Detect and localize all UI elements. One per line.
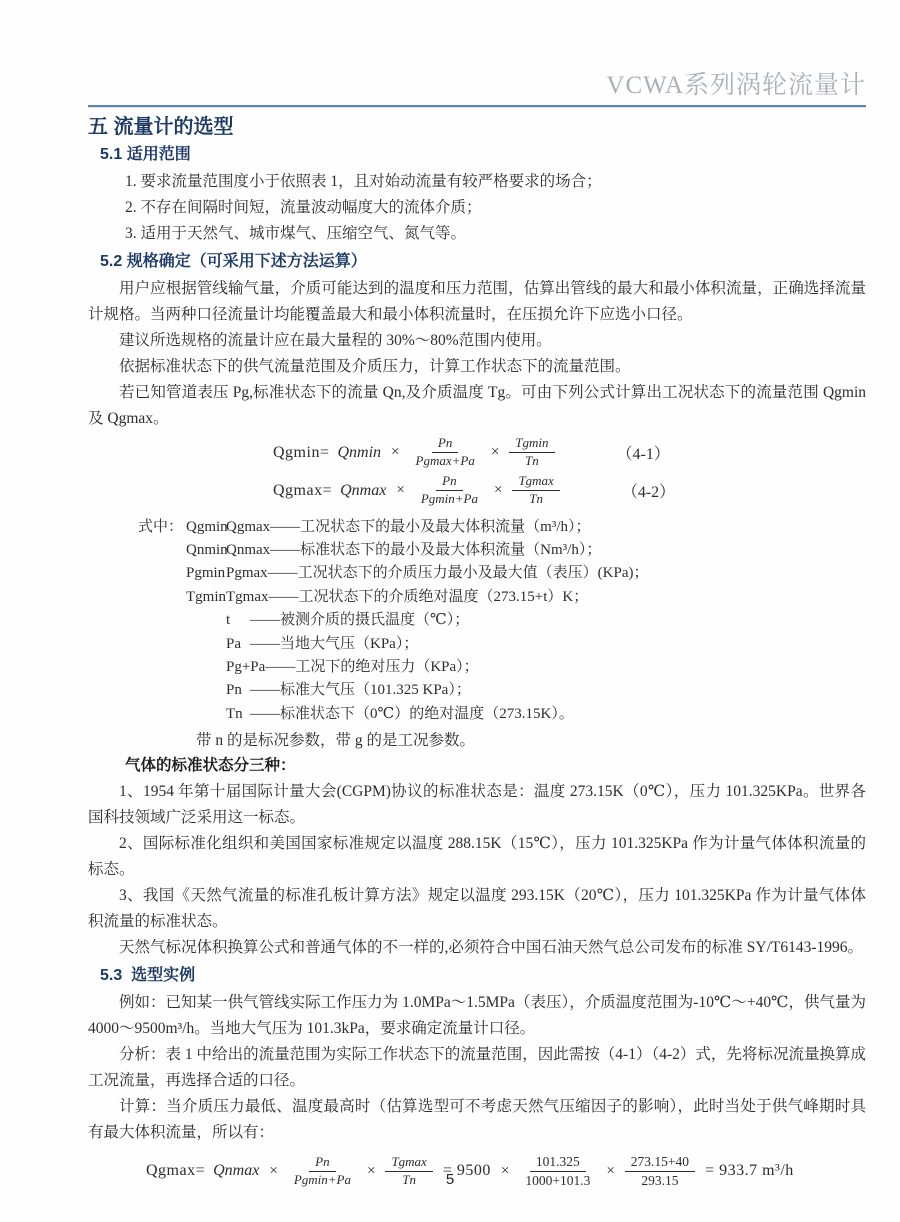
standard-state-item-1: 1、1954 年第十届国际计量大会(CGPM)协议的标准状态是：温度 273.1… — [88, 779, 866, 831]
definition-row: Qnmin Qnmax ——标准状态下的最小及最大体积流量（Nm³/h）； — [138, 539, 866, 562]
section-title-5-3: 5.3 选型实例 — [100, 965, 866, 986]
definition-row: t ——被测介质的摄氏温度（℃）； — [138, 609, 866, 632]
document-page: VCWA系列涡轮流量计 五 流量计的选型 5.1 适用范围 1. 要求流量范围度… — [0, 0, 900, 1222]
applicable-scope-item-2: 2. 不存在间隔时间短，流量波动幅度大的流体介质； — [125, 195, 866, 221]
definition-row: 式中： Qgmin Qgmax ——工况状态下的最小及最大体积流量（m³/h）； — [138, 516, 866, 539]
equation-number: （4-1） — [617, 441, 670, 464]
applicable-scope-item-1: 1. 要求流量范围度小于依照表 1，且对始动流量有较严格要求的场合； — [125, 169, 866, 195]
page-number: 5 — [0, 1171, 900, 1188]
equation-number: （4-2） — [622, 479, 675, 502]
standard-state-item-2: 2、国际标准化组织和美国国家标准规定以温度 288.15K（15℃），压力 10… — [88, 831, 866, 883]
equation-4-2: Qgmax= Qnmax × Pn Pgmin+Pa × Tgmax Tn （4… — [273, 474, 866, 508]
multiply-sign: × — [491, 444, 499, 461]
pressure-fraction: Pn Pgmax+Pa — [410, 435, 481, 470]
document-header-title: VCWA系列涡轮流量计 — [88, 72, 866, 100]
symbol-definitions-list: 式中： Qgmin Qgmax ——工况状态下的最小及最大体积流量（m³/h）；… — [138, 516, 866, 727]
spec-paragraph-4: 若已知管道表压 Pg,标准状态下的流量 Qn,及介质温度 Tg。可由下列公式计算… — [88, 380, 866, 432]
definition-row: Tgmin Tgmax ——工况状态下的介质绝对温度（273.15+t）K； — [138, 586, 866, 609]
analysis-paragraph: 分析：表 1 中给出的流量范围为实际工作状态下的流量范围，因此需按（4-1）（4… — [88, 1042, 866, 1094]
temperature-fraction: Tgmax Tn — [512, 473, 559, 508]
equation-variable: Qnmax — [340, 482, 386, 500]
definition-row: Pa ——当地大气压（KPa）； — [138, 633, 866, 656]
section-title-5: 五 流量计的选型 — [88, 114, 866, 140]
multiply-sign: × — [494, 482, 502, 499]
definition-row: Tn ——标准状态下（0℃）的绝对温度（273.15K）。 — [138, 703, 866, 726]
definition-row: Pn ——标准大气压（101.325 KPa）； — [138, 679, 866, 702]
spec-paragraph-3: 依据标准状态下的供气流量范围及介质压力，计算工作状态下的流量范围。 — [88, 354, 866, 380]
applicable-scope-item-3: 3. 适用于天然气、城市煤气、压缩空气、氮气等。 — [125, 221, 866, 247]
natural-gas-standard-note: 天然气标况体积换算公式和普通气体的不一样的,必须符合中国石油天然气总公司发布的标… — [88, 935, 866, 961]
gas-standard-states-label: 气体的标准状态分三种： — [125, 753, 866, 779]
section-title-5-2: 5.2 规格确定（可采用下述方法运算） — [100, 251, 866, 272]
equation-lhs: Qgmax= — [273, 482, 332, 500]
equation-4-1: Qgmin= Qnmin × Pn Pgmax+Pa × Tgmin Tn （4… — [273, 436, 866, 470]
spec-paragraph-2: 建议所选规格的流量计应在最大量程的 30%～80%范围内使用。 — [88, 328, 866, 354]
section-title-5-1: 5.1 适用范围 — [100, 144, 866, 165]
parameter-note: 带 n 的是标况参数，带 g 的是工况参数。 — [196, 728, 866, 753]
definition-row: Pg+Pa ——工况下的绝对压力（KPa）； — [138, 656, 866, 679]
multiply-sign: × — [396, 482, 404, 499]
standard-state-item-3: 3、我国《天然气流量的标准孔板计算方法》规定以温度 293.15K（20℃），压… — [88, 883, 866, 935]
example-paragraph: 例如：已知某一供气管线实际工作压力为 1.0MPa～1.5MPa（表压），介质温… — [88, 990, 866, 1042]
header-rule-divider — [88, 105, 866, 108]
spec-paragraph-1: 用户应根据管线输气量，介质可能达到的温度和压力范围，估算出管线的最大和最小体积流… — [88, 276, 866, 328]
temperature-fraction: Tgmin Tn — [509, 435, 554, 470]
definition-row: Pgmin Pgmax ——工况状态下的介质压力最小及最大值（表压）(KPa)； — [138, 562, 866, 585]
equation-variable: Qnmin — [337, 444, 381, 462]
calculation-paragraph: 计算：当介质压力最低、温度最高时（估算选型可不考虑天然气压缩因子的影响），此时当… — [88, 1094, 866, 1146]
equation-lhs: Qgmin= — [273, 444, 329, 462]
pressure-fraction: Pn Pgmin+Pa — [415, 473, 484, 508]
multiply-sign: × — [391, 444, 399, 461]
